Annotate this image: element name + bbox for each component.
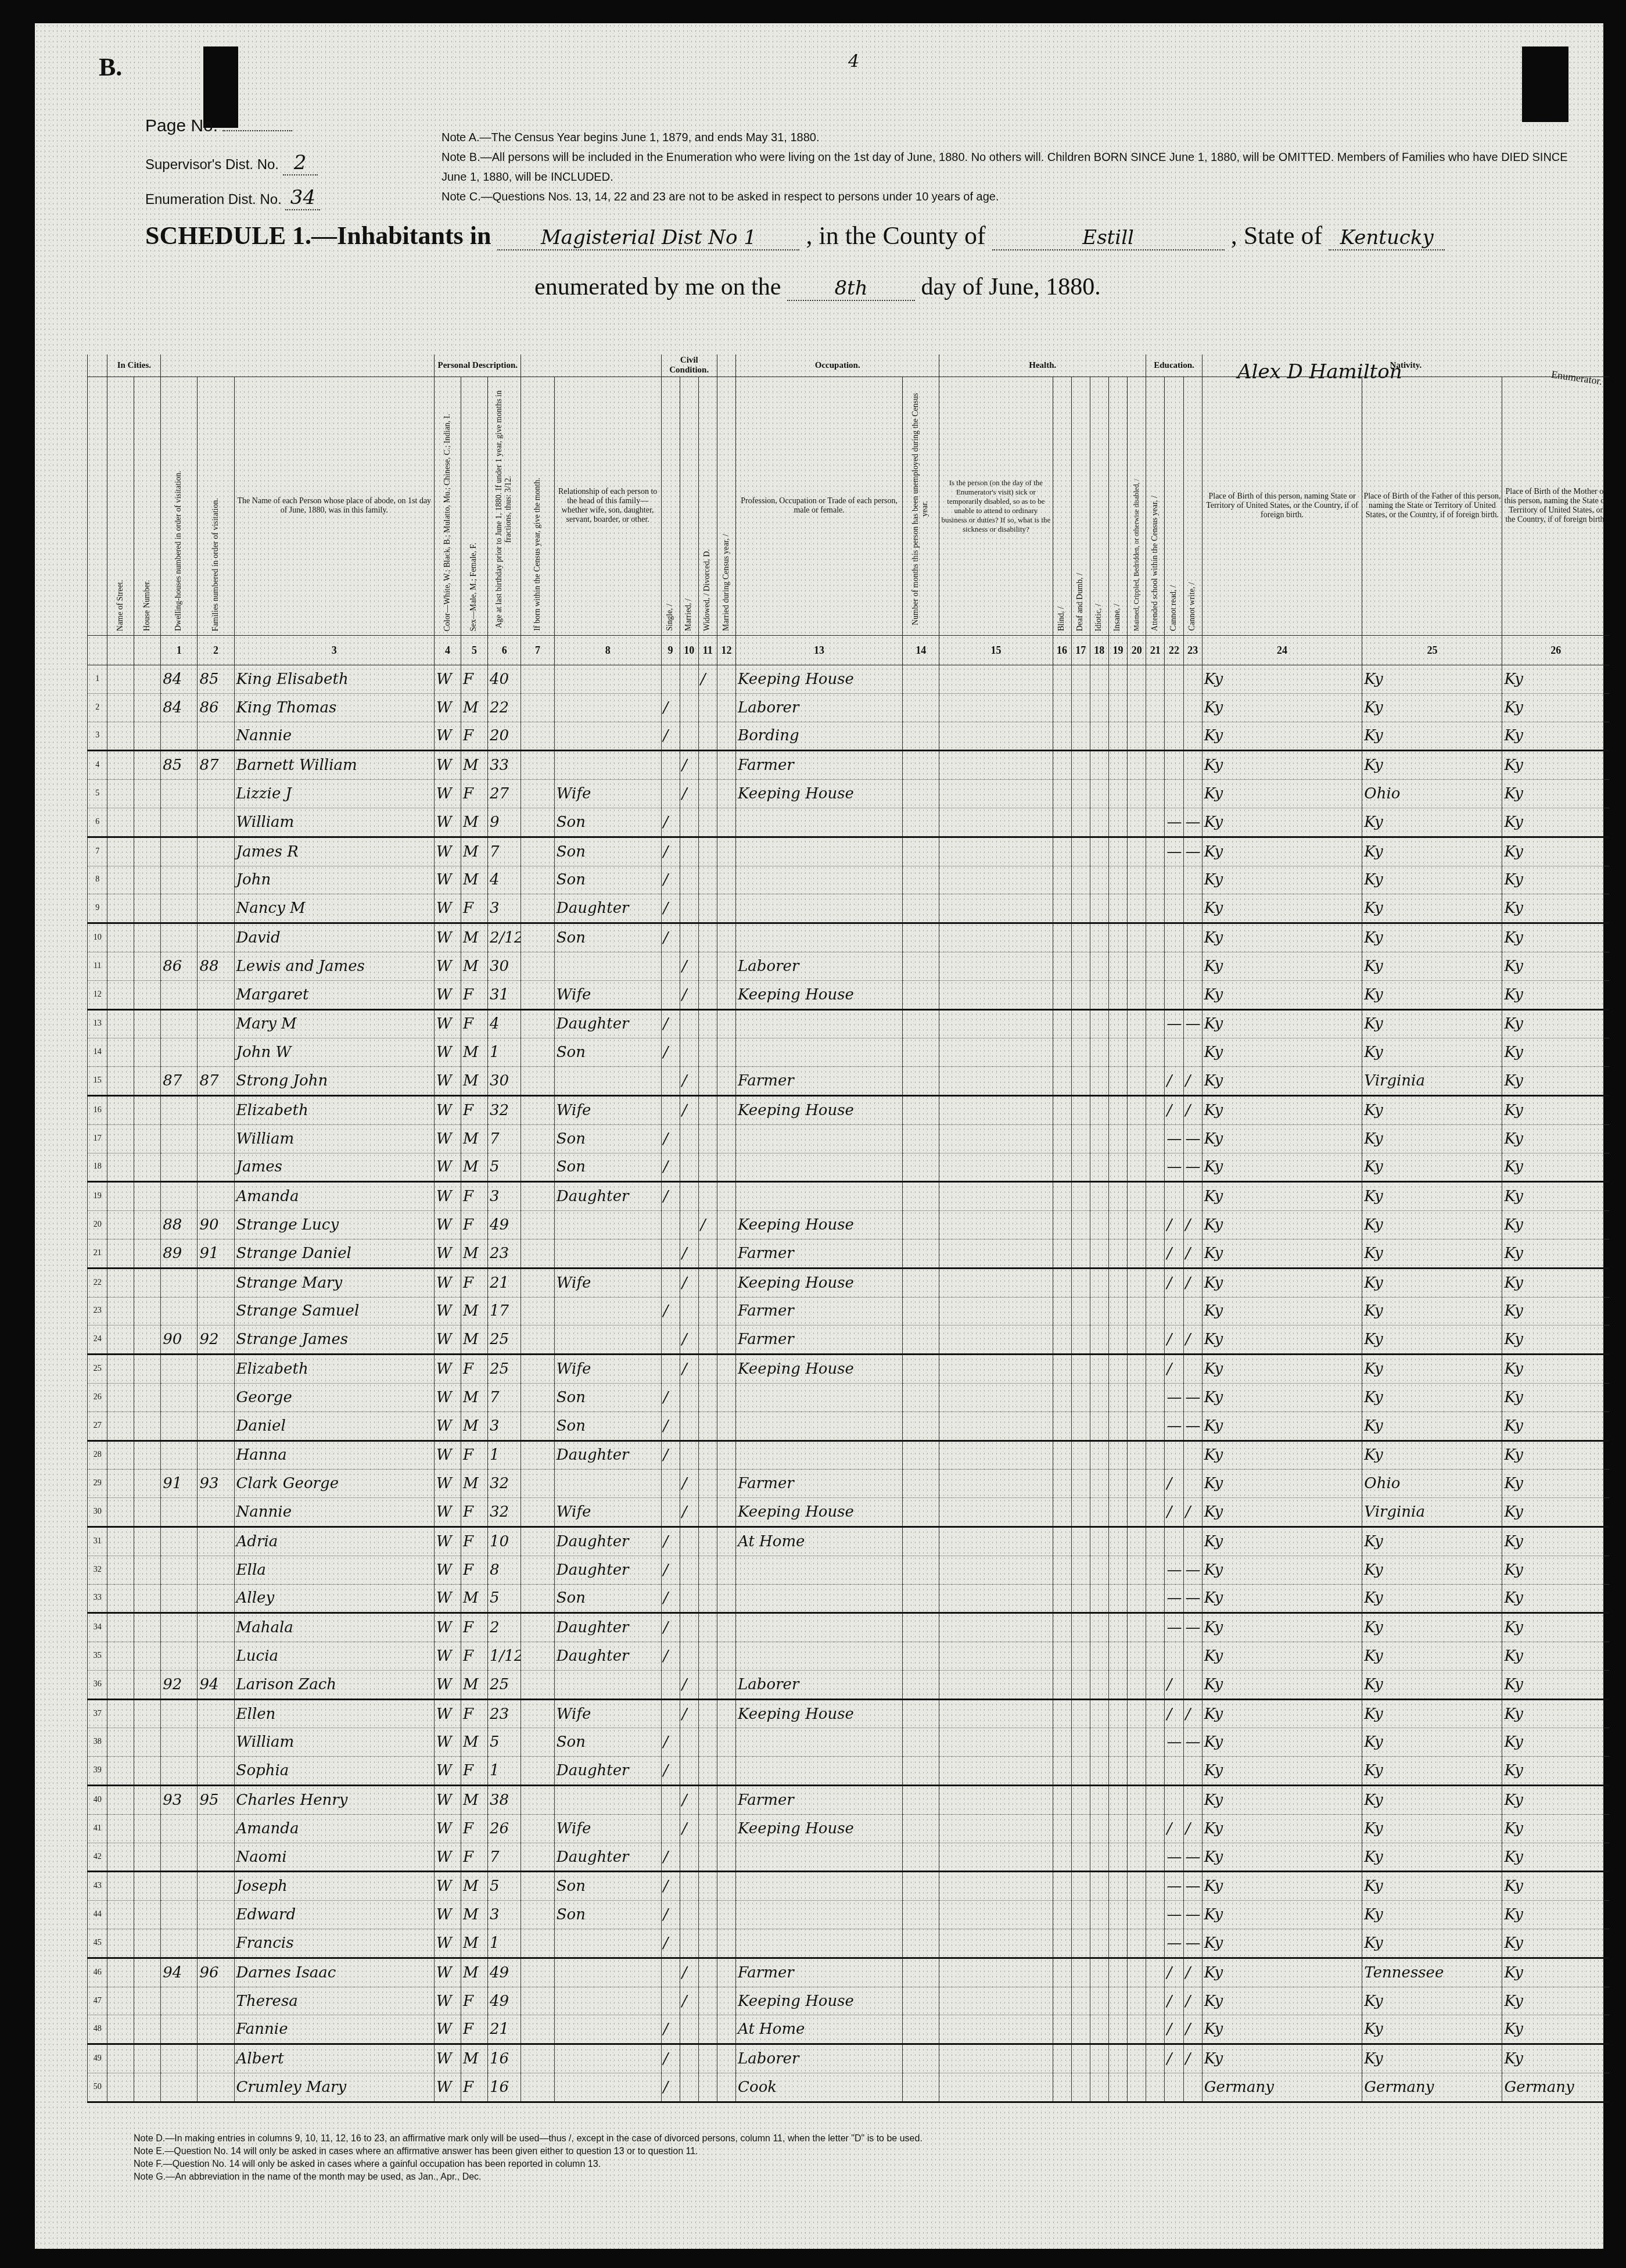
father-birthplace-cell: Ky (1362, 1843, 1502, 1872)
sickness-cell (939, 1067, 1053, 1096)
person-name-cell: Amanda (234, 1814, 435, 1843)
family-number-cell (198, 2044, 234, 2073)
table-row: 6WilliamWM9Son/——KyKyKy (88, 808, 1610, 837)
line-number-cell: 26 (88, 1383, 107, 1411)
relationship-cell (554, 2044, 661, 2073)
table-row: 9Nancy MWF3Daughter/KyKyKy (88, 894, 1610, 923)
person-name-cell: Strange Lucy (234, 1211, 435, 1239)
person-name-cell: Albert (234, 2044, 435, 2073)
table-row: 7James RWM7Son/——KyKyKy (88, 837, 1610, 866)
dwelling-number-cell (161, 1038, 198, 1067)
married-mark-cell: / (680, 1814, 698, 1843)
father-birthplace-cell: Ky (1362, 1182, 1502, 1211)
attended-school-cell (1146, 2044, 1165, 2073)
col-widowed: Widowed, / Divorced, D. (698, 377, 717, 636)
relationship-cell: Son (554, 1383, 661, 1411)
person-name-cell: Barnett William (234, 751, 435, 780)
idiotic-cell (1090, 1814, 1108, 1843)
mother-birthplace-cell: Ky (1502, 1584, 1609, 1613)
born-month-cell (521, 1124, 554, 1153)
born-month-cell (521, 1182, 554, 1211)
months-unemployed-cell (903, 1325, 939, 1355)
father-birthplace-cell: Ky (1362, 1211, 1502, 1239)
birthplace-cell: Ky (1202, 1929, 1362, 1958)
sickness-cell (939, 1670, 1053, 1699)
born-month-cell (521, 1498, 554, 1527)
attended-school-cell (1146, 923, 1165, 952)
father-birthplace-cell: Ky (1362, 1901, 1502, 1929)
born-month-cell (521, 808, 554, 837)
single-mark-cell: / (661, 1527, 680, 1556)
relationship-cell: Son (554, 923, 661, 952)
born-month-cell (521, 1383, 554, 1411)
father-birthplace-cell: Ky (1362, 1124, 1502, 1153)
born-month-cell (521, 751, 554, 780)
color-cell: W (435, 693, 461, 722)
family-number-cell (198, 2073, 234, 2102)
attended-school-cell (1146, 1211, 1165, 1239)
married-mark-cell (680, 1038, 698, 1067)
age-cell: 26 (487, 1814, 521, 1843)
single-mark-cell: / (661, 1556, 680, 1584)
married-mark-cell (680, 1124, 698, 1153)
dwelling-number-cell (161, 1009, 198, 1038)
table-row: 50Crumley MaryWF16/CookGermanyGermanyGer… (88, 2073, 1610, 2102)
person-name-cell: Elizabeth (234, 1355, 435, 1384)
house-number-cell (134, 1355, 161, 1384)
birthplace-cell: Ky (1202, 1182, 1362, 1211)
house-number-cell (134, 1498, 161, 1527)
months-unemployed-cell (903, 1786, 939, 1815)
occupation-cell (736, 1153, 903, 1182)
person-name-cell: Elizabeth (234, 1095, 435, 1124)
table-row: 18JamesWM5Son/——KyKyKy (88, 1153, 1610, 1182)
maimed-cell (1128, 2015, 1146, 2044)
born-month-cell (521, 780, 554, 808)
line-number-cell: 1 (88, 665, 107, 694)
sickness-cell (939, 1470, 1053, 1498)
sickness-cell (939, 1901, 1053, 1929)
idiotic-cell (1090, 1239, 1108, 1268)
maimed-cell (1128, 1728, 1146, 1757)
widowed-mark-cell (698, 1958, 717, 1987)
birthplace-cell: Ky (1202, 1441, 1362, 1470)
single-mark-cell: / (661, 1584, 680, 1613)
cannot-write-cell (1183, 866, 1202, 894)
dwelling-number-cell (161, 722, 198, 751)
mother-birthplace-cell: Ky (1502, 1153, 1609, 1182)
person-name-cell: Crumley Mary (234, 2073, 435, 2102)
cannot-read-cell: / (1165, 1498, 1183, 1527)
age-cell: 32 (487, 1470, 521, 1498)
maimed-cell (1128, 1239, 1146, 1268)
color-cell: W (435, 1470, 461, 1498)
married-census-year-cell (717, 1699, 735, 1728)
maimed-cell (1128, 1038, 1146, 1067)
idiotic-cell (1090, 952, 1108, 980)
born-month-cell (521, 1268, 554, 1297)
idiotic-cell (1090, 1124, 1108, 1153)
family-number-cell (198, 1297, 234, 1325)
table-row: 48587Barnett WilliamWM33/FarmerKyKyKy (88, 751, 1610, 780)
line-number-cell: 45 (88, 1929, 107, 1958)
street-cell (107, 1527, 134, 1556)
line-number-cell: 41 (88, 1814, 107, 1843)
line-number-cell: 23 (88, 1297, 107, 1325)
house-number-cell (134, 1038, 161, 1067)
occupation-cell: Keeping House (736, 665, 903, 694)
married-mark-cell (680, 1728, 698, 1757)
mother-birthplace-cell: Ky (1502, 1699, 1609, 1728)
line-number-cell: 46 (88, 1958, 107, 1987)
sex-cell: M (461, 2044, 488, 2073)
blind-cell (1053, 2073, 1071, 2102)
line-number-cell: 21 (88, 1239, 107, 1268)
insane-cell (1108, 1699, 1127, 1728)
attended-school-cell (1146, 1584, 1165, 1613)
months-unemployed-cell (903, 1182, 939, 1211)
single-mark-cell (661, 1699, 680, 1728)
person-name-cell: Charles Henry (234, 1786, 435, 1815)
occupation-cell: Keeping House (736, 780, 903, 808)
father-birthplace-cell: Ky (1362, 1268, 1502, 1297)
family-number-cell (198, 1095, 234, 1124)
house-number-cell (134, 1584, 161, 1613)
line-number-cell: 20 (88, 1211, 107, 1239)
months-unemployed-cell (903, 2015, 939, 2044)
deaf-dumb-cell (1071, 1556, 1090, 1584)
cannot-write-cell: — (1183, 1411, 1202, 1441)
born-month-cell (521, 722, 554, 751)
insane-cell (1108, 722, 1127, 751)
mother-birthplace-cell: Ky (1502, 837, 1609, 866)
house-number-cell (134, 1182, 161, 1211)
attended-school-cell (1146, 1872, 1165, 1901)
table-row: 8JohnWM4Son/KyKyKy (88, 866, 1610, 894)
idiotic-cell (1090, 780, 1108, 808)
maimed-cell (1128, 1355, 1146, 1384)
age-cell: 32 (487, 1095, 521, 1124)
married-mark-cell: / (680, 1958, 698, 1987)
deaf-dumb-cell (1071, 2073, 1090, 2102)
birthplace-cell: Ky (1202, 1757, 1362, 1786)
house-number-cell (134, 923, 161, 952)
county-value: Estill (992, 226, 1225, 250)
maimed-cell (1128, 1211, 1146, 1239)
months-unemployed-cell (903, 1584, 939, 1613)
dwelling-number-cell (161, 2015, 198, 2044)
single-mark-cell: / (661, 1929, 680, 1958)
table-row: 118688Lewis and JamesWM30/LaborerKyKyKy (88, 952, 1610, 980)
deaf-dumb-cell (1071, 1067, 1090, 1096)
occupation-cell (736, 1411, 903, 1441)
sickness-cell (939, 1498, 1053, 1527)
single-mark-cell (661, 1498, 680, 1527)
single-mark-cell (661, 1987, 680, 2015)
blind-cell (1053, 1297, 1071, 1325)
age-cell: 4 (487, 1009, 521, 1038)
months-unemployed-cell (903, 1124, 939, 1153)
dwelling-number-cell: 86 (161, 952, 198, 980)
deaf-dumb-cell (1071, 1182, 1090, 1211)
maimed-cell (1128, 1182, 1146, 1211)
age-cell: 33 (487, 751, 521, 780)
sickness-cell (939, 2015, 1053, 2044)
family-number-cell (198, 1901, 234, 1929)
mother-birthplace-cell: Ky (1502, 894, 1609, 923)
blind-cell (1053, 1584, 1071, 1613)
married-census-year-cell (717, 1441, 735, 1470)
maimed-cell (1128, 894, 1146, 923)
blind-cell (1053, 980, 1071, 1009)
col-relationship: Relationship of each person to the head … (554, 377, 661, 636)
idiotic-cell (1090, 1009, 1108, 1038)
footnote-d: Note D.—In making entries in columns 9, … (134, 2133, 923, 2145)
cannot-write-cell (1183, 952, 1202, 980)
house-number-cell (134, 751, 161, 780)
person-name-cell: William (234, 808, 435, 837)
relationship-cell (554, 1670, 661, 1699)
blind-cell (1053, 952, 1071, 980)
blind-cell (1053, 1038, 1071, 1067)
maimed-cell (1128, 837, 1146, 866)
footnote-e: Note E.—Question No. 14 will only be ask… (134, 2145, 923, 2158)
insane-cell (1108, 693, 1127, 722)
relationship-cell: Son (554, 1124, 661, 1153)
single-mark-cell (661, 1958, 680, 1987)
sex-cell: M (461, 1872, 488, 1901)
insane-cell (1108, 1470, 1127, 1498)
blind-cell (1053, 1268, 1071, 1297)
married-census-year-cell (717, 1067, 735, 1096)
table-row: 49AlbertWM16/Laborer//KyKyKy (88, 2044, 1610, 2073)
single-mark-cell (661, 980, 680, 1009)
col-dwelling: Dwelling-houses numbered in order of vis… (161, 377, 198, 636)
color-cell: W (435, 1584, 461, 1613)
birthplace-cell: Ky (1202, 808, 1362, 837)
married-census-year-cell (717, 1297, 735, 1325)
insane-cell (1108, 1498, 1127, 1527)
sickness-cell (939, 1009, 1053, 1038)
instruction-notes: Note A.—The Census Year begins June 1, 1… (442, 128, 1574, 207)
family-number-cell (198, 1009, 234, 1038)
age-cell: 5 (487, 1584, 521, 1613)
maimed-cell (1128, 1757, 1146, 1786)
house-number-cell (134, 866, 161, 894)
table-row: 31AdriaWF10Daughter/At HomeKyKyKy (88, 1527, 1610, 1556)
enumeration-date: enumerated by me on the 8th day of June,… (534, 273, 1101, 301)
relationship-cell: Wife (554, 1498, 661, 1527)
mother-birthplace-cell: Ky (1502, 1642, 1609, 1671)
family-number-cell (198, 1929, 234, 1958)
dwelling-number-cell (161, 923, 198, 952)
family-number-cell: 94 (198, 1670, 234, 1699)
occupation-cell: Laborer (736, 693, 903, 722)
married-census-year-cell (717, 1239, 735, 1268)
widowed-mark-cell (698, 1613, 717, 1642)
widowed-mark-cell (698, 1556, 717, 1584)
attended-school-cell (1146, 866, 1165, 894)
father-birthplace-cell: Ky (1362, 894, 1502, 923)
table-row: 37EllenWF23Wife/Keeping House//KyKyKy (88, 1699, 1610, 1728)
relationship-cell (554, 952, 661, 980)
census-rows: 18485King ElisabethWF40/Keeping HouseKyK… (88, 665, 1610, 2102)
relationship-cell (554, 722, 661, 751)
insane-cell (1108, 1153, 1127, 1182)
relationship-cell: Daughter (554, 1757, 661, 1786)
house-number-cell (134, 1470, 161, 1498)
married-census-year-cell (717, 693, 735, 722)
person-name-cell: Theresa (234, 1987, 435, 2015)
attended-school-cell (1146, 1814, 1165, 1843)
relationship-cell: Wife (554, 780, 661, 808)
insane-cell (1108, 1095, 1127, 1124)
idiotic-cell (1090, 722, 1108, 751)
sickness-cell (939, 751, 1053, 780)
cannot-read-cell (1165, 894, 1183, 923)
street-cell (107, 1124, 134, 1153)
cannot-read-cell: — (1165, 1843, 1183, 1872)
house-number-cell (134, 1268, 161, 1297)
months-unemployed-cell (903, 1498, 939, 1527)
maimed-cell (1128, 1268, 1146, 1297)
blind-cell (1053, 722, 1071, 751)
line-number-cell: 24 (88, 1325, 107, 1355)
line-number-cell: 30 (88, 1498, 107, 1527)
born-month-cell (521, 1095, 554, 1124)
attended-school-cell (1146, 1383, 1165, 1411)
attended-school-cell (1146, 1613, 1165, 1642)
married-mark-cell: / (680, 1239, 698, 1268)
months-unemployed-cell (903, 1987, 939, 2015)
color-cell: W (435, 1814, 461, 1843)
blind-cell (1053, 1498, 1071, 1527)
sex-cell: F (461, 1757, 488, 1786)
married-mark-cell: / (680, 1095, 698, 1124)
family-number-cell (198, 1441, 234, 1470)
married-census-year-cell (717, 1958, 735, 1987)
cannot-write-cell: / (1183, 2015, 1202, 2044)
married-mark-cell (680, 1411, 698, 1441)
idiotic-cell (1090, 1670, 1108, 1699)
dwelling-number-cell (161, 1757, 198, 1786)
house-number-cell (134, 1958, 161, 1987)
married-mark-cell (680, 1642, 698, 1671)
col-maimed: Maimed, Crippled, Bedridden, or otherwis… (1128, 377, 1146, 636)
single-mark-cell (661, 1239, 680, 1268)
line-number-cell: 28 (88, 1441, 107, 1470)
months-unemployed-cell (903, 1297, 939, 1325)
widowed-mark-cell (698, 923, 717, 952)
father-birthplace-cell: Ky (1362, 1699, 1502, 1728)
cannot-read-cell: — (1165, 837, 1183, 866)
age-cell: 49 (487, 1987, 521, 2015)
table-row: 19AmandaWF3Daughter/KyKyKy (88, 1182, 1610, 1211)
insane-cell (1108, 1901, 1127, 1929)
sex-cell: F (461, 722, 488, 751)
enumeration-district-label: Enumeration Dist. No. (145, 192, 282, 207)
cannot-read-cell: / (1165, 1095, 1183, 1124)
cannot-read-cell (1165, 722, 1183, 751)
idiotic-cell (1090, 1757, 1108, 1786)
person-name-cell: Hanna (234, 1441, 435, 1470)
attended-school-cell (1146, 1642, 1165, 1671)
relationship-cell: Son (554, 1038, 661, 1067)
house-number-cell (134, 1297, 161, 1325)
idiotic-cell (1090, 808, 1108, 837)
insane-cell (1108, 808, 1127, 837)
maimed-cell (1128, 1411, 1146, 1441)
deaf-dumb-cell (1071, 923, 1090, 952)
insane-cell (1108, 1239, 1127, 1268)
sex-cell: M (461, 837, 488, 866)
relationship-cell: Daughter (554, 1556, 661, 1584)
cannot-read-cell (1165, 1297, 1183, 1325)
idiotic-cell (1090, 1297, 1108, 1325)
dwelling-number-cell (161, 1642, 198, 1671)
occupation-cell: Keeping House (736, 980, 903, 1009)
birthplace-cell: Ky (1202, 1786, 1362, 1815)
table-row: 34MahalaWF2Daughter/——KyKyKy (88, 1613, 1610, 1642)
street-cell (107, 980, 134, 1009)
sex-cell: F (461, 1498, 488, 1527)
married-mark-cell: / (680, 1067, 698, 1096)
months-unemployed-cell (903, 1411, 939, 1441)
table-row: 45FrancisWM1/——KyKyKy (88, 1929, 1610, 1958)
attended-school-cell (1146, 1470, 1165, 1498)
color-cell: W (435, 751, 461, 780)
months-unemployed-cell (903, 1009, 939, 1038)
single-mark-cell: / (661, 923, 680, 952)
mother-birthplace-cell: Ky (1502, 1038, 1609, 1067)
relationship-cell: Daughter (554, 1182, 661, 1211)
sex-cell: F (461, 1095, 488, 1124)
line-number-cell: 12 (88, 980, 107, 1009)
cannot-read-cell (1165, 1757, 1183, 1786)
deaf-dumb-cell (1071, 1814, 1090, 1843)
table-row: 12MargaretWF31Wife/Keeping HouseKyKyKy (88, 980, 1610, 1009)
widowed-mark-cell (698, 1470, 717, 1498)
months-unemployed-cell (903, 1814, 939, 1843)
married-mark-cell: / (680, 1786, 698, 1815)
married-census-year-cell (717, 2015, 735, 2044)
person-name-cell: Larison Zach (234, 1670, 435, 1699)
dwelling-number-cell (161, 1584, 198, 1613)
single-mark-cell: / (661, 866, 680, 894)
attended-school-cell (1146, 1958, 1165, 1987)
mother-birthplace-cell: Ky (1502, 1297, 1609, 1325)
sex-cell: F (461, 665, 488, 694)
attended-school-cell (1146, 1124, 1165, 1153)
family-number-cell (198, 1843, 234, 1872)
idiotic-cell (1090, 1843, 1108, 1872)
single-mark-cell: / (661, 1009, 680, 1038)
person-name-cell: Nancy M (234, 894, 435, 923)
dwelling-number-cell (161, 1297, 198, 1325)
dwelling-number-cell (161, 1728, 198, 1757)
note-c: Note C.—Questions Nos. 13, 14, 22 and 23… (442, 187, 1574, 207)
single-mark-cell (661, 780, 680, 808)
person-name-cell: Ella (234, 1556, 435, 1584)
line-number-cell: 47 (88, 1987, 107, 2015)
sex-cell: M (461, 1958, 488, 1987)
deaf-dumb-cell (1071, 1670, 1090, 1699)
blind-cell (1053, 1470, 1071, 1498)
deaf-dumb-cell (1071, 1038, 1090, 1067)
house-number-cell (134, 1843, 161, 1872)
sex-cell: M (461, 751, 488, 780)
person-name-cell: George (234, 1383, 435, 1411)
